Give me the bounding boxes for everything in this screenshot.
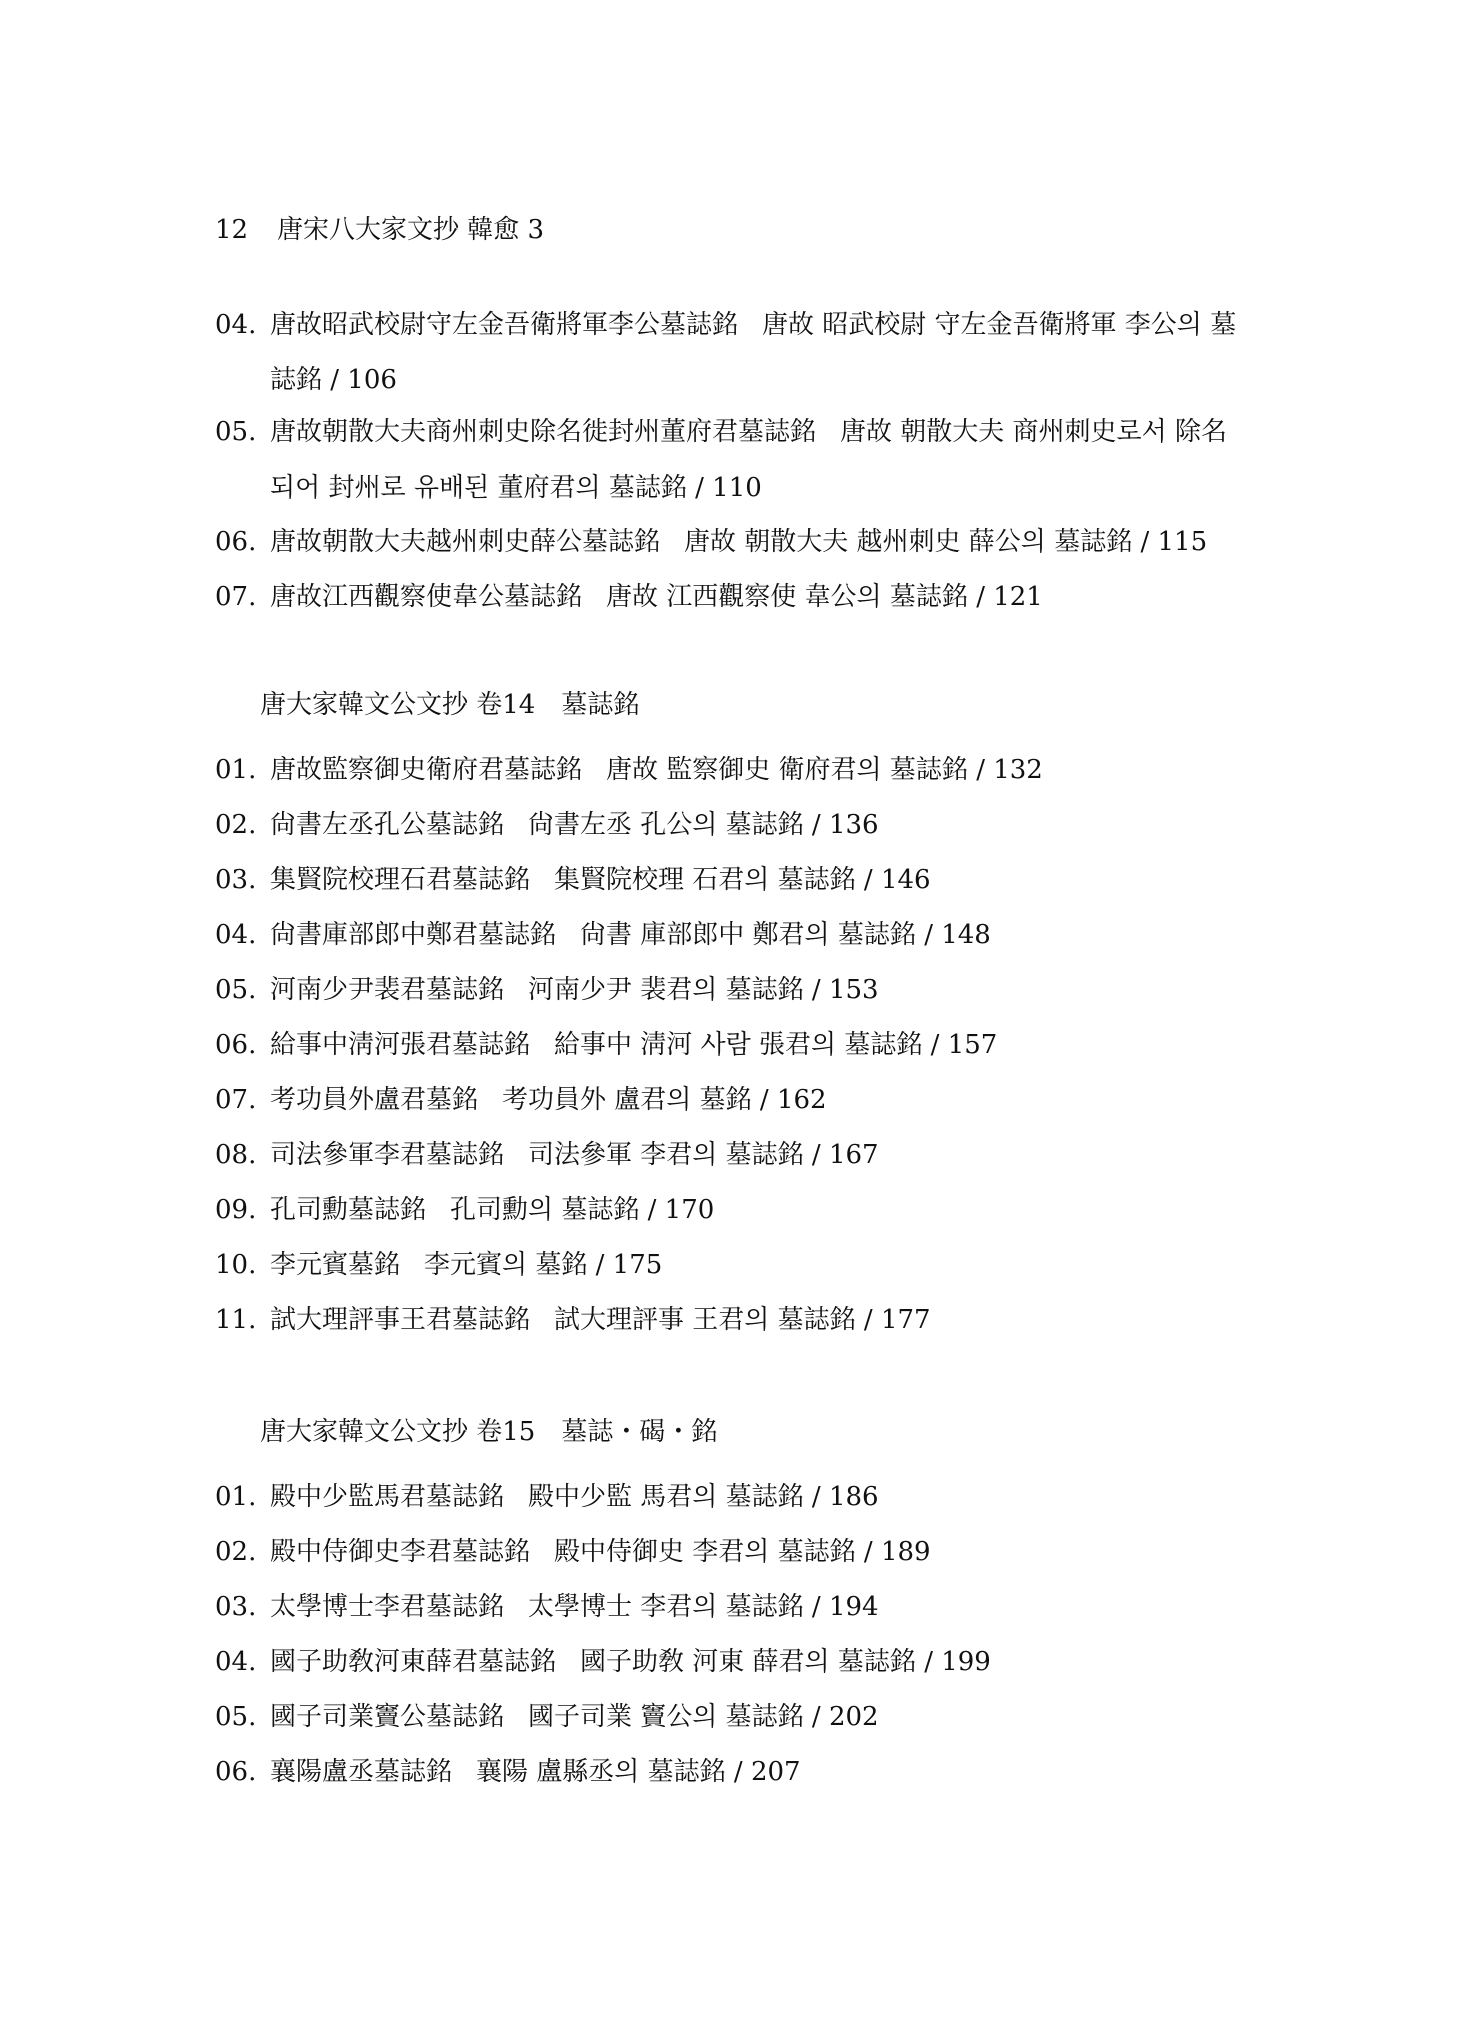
toc-entry: 04.國子助敎河東薛君墓誌銘國子助敎 河東 薛君의 墓誌銘 / 199 — [215, 1645, 991, 1679]
toc-entry: 03.集賢院校理石君墓誌銘集賢院校理 石君의 墓誌銘 / 146 — [215, 863, 931, 897]
entry-number: 05. — [215, 415, 270, 449]
entry-translation: 司法參軍 李君의 墓誌銘 / 167 — [528, 1140, 879, 1170]
entry-number: 06. — [215, 1028, 270, 1062]
entry-original: 考功員外盧君墓銘 — [270, 1085, 478, 1115]
entry-translation: 試大理評事 王君의 墓誌銘 / 177 — [554, 1305, 931, 1335]
entry-number: 10. — [215, 1248, 270, 1282]
entry-translation-cont: 誌銘 / 106 — [270, 365, 397, 395]
entry-number: 04. — [215, 918, 270, 952]
toc-entry: 02.尙書左丞孔公墓誌銘尙書左丞 孔公의 墓誌銘 / 136 — [215, 808, 879, 842]
page-header: 12唐宋八大家文抄 韓愈 3 — [215, 213, 544, 247]
entry-original: 國子助敎河東薛君墓誌銘 — [270, 1647, 556, 1677]
entry-number: 03. — [215, 863, 270, 897]
toc-entry: 06.唐故朝散大夫越州刺史薛公墓誌銘唐故 朝散大夫 越州刺史 薛公의 墓誌銘 /… — [215, 525, 1207, 559]
entry-number: 08. — [215, 1138, 270, 1172]
section-heading: 唐大家韓文公文抄 卷14 墓誌銘 — [260, 688, 639, 722]
toc-entry: 11.試大理評事王君墓誌銘試大理評事 王君의 墓誌銘 / 177 — [215, 1303, 931, 1337]
entry-original: 國子司業竇公墓誌銘 — [270, 1702, 504, 1732]
entry-original: 唐故江西觀察使韋公墓誌銘 — [270, 582, 582, 612]
entry-translation: 唐故 朝散大夫 商州刺史로서 除名 — [840, 417, 1227, 447]
toc-entry: 06.給事中淸河張君墓誌銘給事中 淸河 사람 張君의 墓誌銘 / 157 — [215, 1028, 997, 1062]
entry-translation: 國子助敎 河東 薛君의 墓誌銘 / 199 — [580, 1647, 991, 1677]
entry-original: 試大理評事王君墓誌銘 — [270, 1305, 530, 1335]
entry-translation: 河南少尹 裴君의 墓誌銘 / 153 — [528, 975, 879, 1005]
entry-translation: 尙書 庫部郎中 鄭君의 墓誌銘 / 148 — [580, 920, 991, 950]
entry-number: 09. — [215, 1193, 270, 1227]
toc-entry: 01.唐故監察御史衛府君墓誌銘唐故 監察御史 衛府君의 墓誌銘 / 132 — [215, 753, 1043, 787]
toc-entry: 05.國子司業竇公墓誌銘國子司業 竇公의 墓誌銘 / 202 — [215, 1700, 879, 1734]
entry-number: 05. — [215, 973, 270, 1007]
entry-translation: 孔司勳의 墓誌銘 / 170 — [450, 1195, 714, 1225]
entry-translation: 唐故 昭武校尉 守左金吾衛將軍 李公의 墓 — [762, 310, 1236, 340]
entry-translation: 襄陽 盧縣丞의 墓誌銘 / 207 — [476, 1757, 801, 1787]
entry-translation: 國子司業 竇公의 墓誌銘 / 202 — [528, 1702, 879, 1732]
entry-translation: 考功員外 盧君의 墓銘 / 162 — [502, 1085, 827, 1115]
toc-entry: 10.李元賓墓銘李元賓의 墓銘 / 175 — [215, 1248, 662, 1282]
toc-entry: 05.河南少尹裴君墓誌銘河南少尹 裴君의 墓誌銘 / 153 — [215, 973, 879, 1007]
entry-translation: 殿中侍御史 李君의 墓誌銘 / 189 — [554, 1537, 931, 1567]
entry-original: 唐故朝散大夫商州刺史除名徙封州董府君墓誌銘 — [270, 417, 816, 447]
toc-entry: 04.尙書庫部郎中鄭君墓誌銘尙書 庫部郎中 鄭君의 墓誌銘 / 148 — [215, 918, 991, 952]
entry-number: 11. — [215, 1303, 270, 1337]
entry-number: 04. — [215, 308, 270, 342]
page-title: 唐宋八大家文抄 韓愈 3 — [277, 215, 544, 245]
entry-original: 唐故朝散大夫越州刺史薛公墓誌銘 — [270, 527, 660, 557]
toc-entry: 01.殿中少監馬君墓誌銘殿中少監 馬君의 墓誌銘 / 186 — [215, 1480, 879, 1514]
entry-number: 06. — [215, 525, 270, 559]
entry-original: 河南少尹裴君墓誌銘 — [270, 975, 504, 1005]
entry-original: 尙書左丞孔公墓誌銘 — [270, 810, 504, 840]
entry-original: 唐故監察御史衛府君墓誌銘 — [270, 755, 582, 785]
entry-translation: 集賢院校理 石君의 墓誌銘 / 146 — [554, 865, 931, 895]
entry-number: 01. — [215, 1480, 270, 1514]
entry-original: 殿中少監馬君墓誌銘 — [270, 1482, 504, 1512]
entry-original: 襄陽盧丞墓誌銘 — [270, 1757, 452, 1787]
entry-translation: 李元賓의 墓銘 / 175 — [424, 1250, 662, 1280]
entry-original: 太學博士李君墓誌銘 — [270, 1592, 504, 1622]
toc-entry: 08.司法參軍李君墓誌銘司法參軍 李君의 墓誌銘 / 167 — [215, 1138, 879, 1172]
entry-translation: 殿中少監 馬君의 墓誌銘 / 186 — [528, 1482, 879, 1512]
entry-translation: 唐故 江西觀察使 韋公의 墓誌銘 / 121 — [606, 582, 1043, 612]
entry-original: 孔司勳墓誌銘 — [270, 1195, 426, 1225]
toc-entry: 02.殿中侍御史李君墓誌銘殿中侍御史 李君의 墓誌銘 / 189 — [215, 1535, 931, 1569]
entry-number: 05. — [215, 1700, 270, 1734]
entry-translation: 給事中 淸河 사람 張君의 墓誌銘 / 157 — [554, 1030, 997, 1060]
toc-entry: 07.唐故江西觀察使韋公墓誌銘唐故 江西觀察使 韋公의 墓誌銘 / 121 — [215, 580, 1043, 614]
entry-translation: 唐故 監察御史 衛府君의 墓誌銘 / 132 — [606, 755, 1043, 785]
toc-entry: 06.襄陽盧丞墓誌銘襄陽 盧縣丞의 墓誌銘 / 207 — [215, 1755, 801, 1789]
entry-original: 殿中侍御史李君墓誌銘 — [270, 1537, 530, 1567]
entry-number: 03. — [215, 1590, 270, 1624]
entry-translation: 尙書左丞 孔公의 墓誌銘 / 136 — [528, 810, 879, 840]
entry-original: 集賢院校理石君墓誌銘 — [270, 865, 530, 895]
entry-original: 尙書庫部郎中鄭君墓誌銘 — [270, 920, 556, 950]
entry-number: 01. — [215, 753, 270, 787]
toc-entry: 04.唐故昭武校尉守左金吾衛將軍李公墓誌銘唐故 昭武校尉 守左金吾衛將軍 李公의… — [215, 308, 1236, 342]
toc-entry: 03.太學博士李君墓誌銘太學博士 李君의 墓誌銘 / 194 — [215, 1590, 879, 1624]
entry-translation-cont: 되어 封州로 유배된 董府君의 墓誌銘 / 110 — [270, 473, 762, 503]
entry-number: 02. — [215, 1535, 270, 1569]
entry-original: 李元賓墓銘 — [270, 1250, 400, 1280]
entry-translation: 太學博士 李君의 墓誌銘 / 194 — [528, 1592, 879, 1622]
entry-number: 06. — [215, 1755, 270, 1789]
entry-number: 04. — [215, 1645, 270, 1679]
toc-entry-continuation: 되어 封州로 유배된 董府君의 墓誌銘 / 110 — [270, 471, 762, 505]
toc-entry: 09.孔司勳墓誌銘孔司勳의 墓誌銘 / 170 — [215, 1193, 714, 1227]
entry-number: 07. — [215, 1083, 270, 1117]
section-heading: 唐大家韓文公文抄 卷15 墓誌・碣・銘 — [260, 1415, 717, 1449]
entry-number: 07. — [215, 580, 270, 614]
entry-original: 司法參軍李君墓誌銘 — [270, 1140, 504, 1170]
toc-entry-continuation: 誌銘 / 106 — [270, 363, 397, 397]
entry-number: 02. — [215, 808, 270, 842]
page-number: 12 — [215, 213, 277, 247]
toc-entry: 05.唐故朝散大夫商州刺史除名徙封州董府君墓誌銘唐故 朝散大夫 商州刺史로서 除… — [215, 415, 1227, 449]
toc-entry: 07.考功員外盧君墓銘考功員外 盧君의 墓銘 / 162 — [215, 1083, 827, 1117]
entry-translation: 唐故 朝散大夫 越州刺史 薛公의 墓誌銘 / 115 — [684, 527, 1207, 557]
entry-original: 給事中淸河張君墓誌銘 — [270, 1030, 530, 1060]
entry-original: 唐故昭武校尉守左金吾衛將軍李公墓誌銘 — [270, 310, 738, 340]
